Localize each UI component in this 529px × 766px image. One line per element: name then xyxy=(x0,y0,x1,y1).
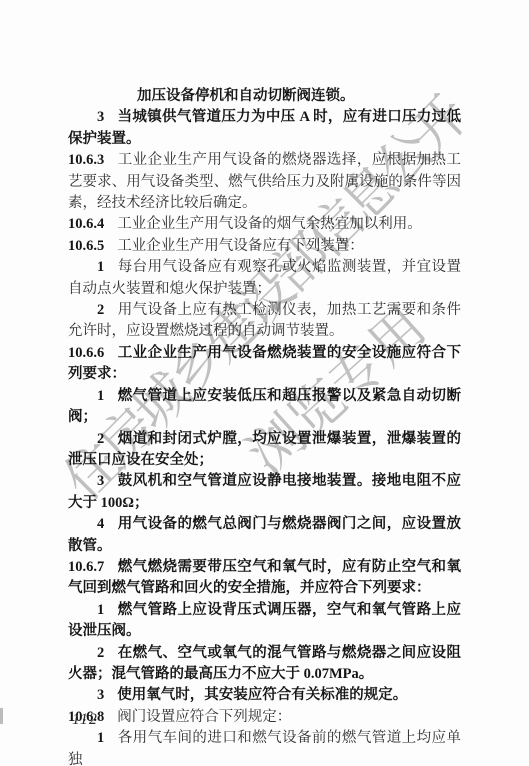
item-number: 3 xyxy=(97,687,104,703)
para-text: 用气设备的燃气总阀门与燃烧器阀门之间，应设置放散管。 xyxy=(68,516,461,553)
para-text: 各用气车间的进口和燃气设备前的燃气管道上均应单独 xyxy=(68,730,461,766)
clause-10-6-5: 10.6.5工业企业生产用气设备应有下列装置： xyxy=(68,236,461,257)
item-number: 1 xyxy=(97,259,104,275)
clause-item: 2烟道和封闭式炉膛，均应设置泄爆装置，泄爆装置的泄压口应设在安全处； xyxy=(68,429,461,472)
clause-item: 2在燃气、空气或氧气的混气管路与燃烧器之间应设阻火器；混气管路的最高压力不应大于… xyxy=(68,643,461,686)
page-number: 112 xyxy=(72,711,98,729)
clause-number: 10.6.7 xyxy=(68,559,104,575)
clause-number: 10.6.4 xyxy=(68,216,104,232)
para-text: 鼓风机和空气管道应设静电接地装置。接地电阻不应大于 100Ω； xyxy=(68,473,461,510)
clause-item: 4用气设备的燃气总阀门与燃烧器阀门之间，应设置放散管。 xyxy=(68,514,461,557)
clause-number: 10.6.5 xyxy=(68,238,104,254)
item-number: 1 xyxy=(97,602,104,618)
clause-10-6-3: 10.6.3工业企业生产用气设备的燃烧器选择，应根据加热工艺要求、用气设备类型、… xyxy=(68,150,461,214)
clause-item: 3使用氧气时，其安装应符合有关标准的规定。 xyxy=(68,685,461,706)
para-text: 加压设备停机和自动切断阀连锁。 xyxy=(137,88,355,104)
document-page: 住房城乡建设部信息公开 浏览专用 加压设备停机和自动切断阀连锁。 3当城镇供气管… xyxy=(0,0,529,766)
clause-item: 2用气设备上应有热工检测仪表，加热工艺需要和条件允许时，应设置燃烧过程的自动调节… xyxy=(68,300,461,343)
para-text: 用气设备上应有热工检测仪表，加热工艺需要和条件允许时，应设置燃烧过程的自动调节装… xyxy=(68,302,461,339)
clause-item: 1各用气车间的进口和燃气设备前的燃气管道上均应单独 xyxy=(68,728,461,766)
para-text: 工业企业生产用气设备的燃烧器选择，应根据加热工艺要求、用气设备类型、燃气供给压力… xyxy=(68,152,461,211)
item-number: 2 xyxy=(97,302,104,318)
para-text: 工业企业生产用气设备燃烧装置的安全设施应符合下列要求： xyxy=(68,345,461,382)
scan-edge-artifact xyxy=(0,708,3,724)
para-text: 燃气管道上应安装低压和超压报警以及紧急自动切断阀； xyxy=(68,388,461,425)
clause-10-6-8: 10.6.8阀门设置应符合下列规定： xyxy=(68,707,461,728)
item-number: 1 xyxy=(97,730,104,746)
clause-item: 1燃气管路上应设背压式调压器，空气和氧气管路上应设泄压阀。 xyxy=(68,600,461,643)
para-text: 工业企业生产用气设备的烟气余热宜加以利用。 xyxy=(117,216,422,232)
item-number: 2 xyxy=(97,645,104,661)
para-continuation: 加压设备停机和自动切断阀连锁。 xyxy=(68,86,461,107)
text-block: 加压设备停机和自动切断阀连锁。 3当城镇供气管道压力为中压 A 时，应有进口压力… xyxy=(68,86,461,766)
para-text: 工业企业生产用气设备应有下列装置： xyxy=(117,238,364,254)
item-number: 2 xyxy=(97,431,104,447)
item-number: 3 xyxy=(97,473,104,489)
para-text: 燃气燃烧需要带压空气和氧气时，应有防止空气和氧气回到燃气管路和回火的安全措施，并… xyxy=(68,559,461,596)
clause-item: 1每台用气设备应有观察孔或火焰监测装置，并宜设置自动点火装置和熄火保护装置； xyxy=(68,257,461,300)
clause-10-6-4: 10.6.4工业企业生产用气设备的烟气余热宜加以利用。 xyxy=(68,214,461,235)
para-text: 燃气管路上应设背压式调压器，空气和氧气管路上应设泄压阀。 xyxy=(68,602,461,639)
para-text: 阀门设置应符合下列规定： xyxy=(117,709,291,725)
para-text: 在燃气、空气或氧气的混气管路与燃烧器之间应设阻火器；混气管路的最高压力不应大于 … xyxy=(68,645,461,682)
clause-item: 1燃气管道上应安装低压和超压报警以及紧急自动切断阀； xyxy=(68,386,461,429)
para-text: 每台用气设备应有观察孔或火焰监测装置，并宜设置自动点火装置和熄火保护装置； xyxy=(68,259,461,296)
para-text: 烟道和封闭式炉膛，均应设置泄爆装置，泄爆装置的泄压口应设在安全处； xyxy=(68,431,461,468)
clause-10-6-6: 10.6.6工业企业生产用气设备燃烧装置的安全设施应符合下列要求： xyxy=(68,343,461,386)
clause-number: 10.6.6 xyxy=(68,345,104,361)
clause-item: 3鼓风机和空气管道应设静电接地装置。接地电阻不应大于 100Ω； xyxy=(68,471,461,514)
item-number: 3 xyxy=(97,109,104,125)
clause-number: 10.6.3 xyxy=(68,152,104,168)
para-text: 当城镇供气管道压力为中压 A 时，应有进口压力过低保护装置。 xyxy=(68,109,461,146)
clause-10-6-7: 10.6.7燃气燃烧需要带压空气和氧气时，应有防止空气和氧气回到燃气管路和回火的… xyxy=(68,557,461,600)
para-text: 使用氧气时，其安装应符合有关标准的规定。 xyxy=(117,687,407,703)
item-number: 1 xyxy=(97,388,104,404)
item-number: 4 xyxy=(97,516,104,532)
clause-item: 3当城镇供气管道压力为中压 A 时，应有进口压力过低保护装置。 xyxy=(68,107,461,150)
